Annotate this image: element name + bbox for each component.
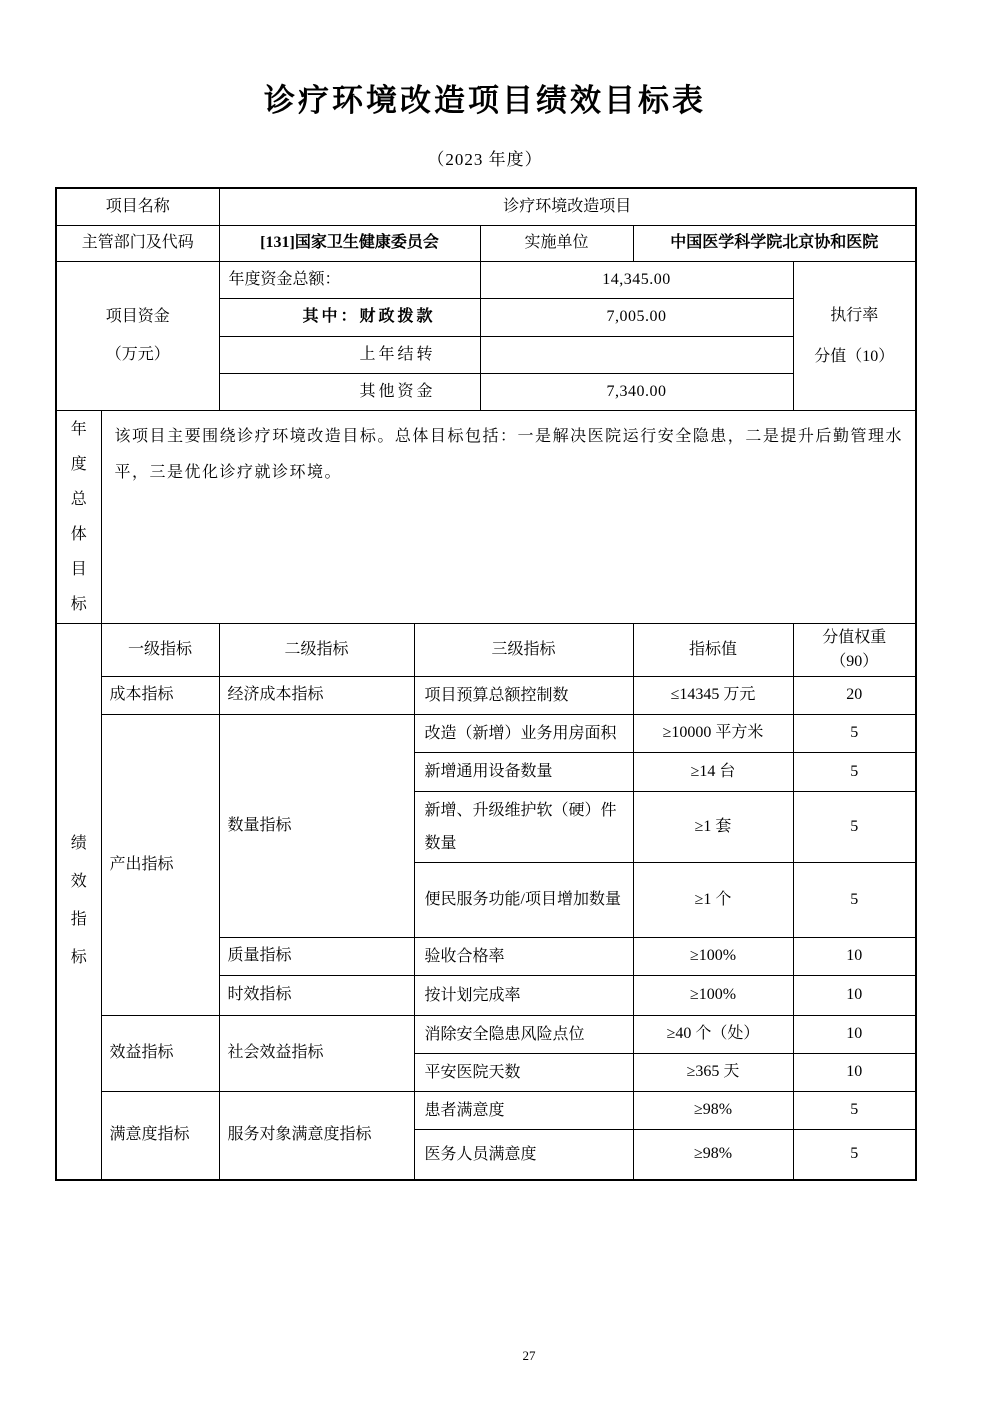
- document-content: 诊疗环境改造项目绩效目标表 （2023 年度） 项目名称 诊疗环境改造项目 主管…: [55, 0, 915, 1181]
- indicator-value-cell: ≥98%: [633, 1091, 793, 1129]
- indicator-level1-cell: 产出指标: [101, 714, 219, 1015]
- project-name-label-cell: 项目名称: [56, 188, 219, 225]
- performance-target-table: 项目名称 诊疗环境改造项目 主管部门及代码 [131]国家卫生健康委员会 实施单…: [55, 187, 917, 1181]
- funds-carryover-value-cell: [480, 336, 793, 373]
- indicator-weight-cell: 5: [793, 791, 916, 862]
- table-row: 主管部门及代码 [131]国家卫生健康委员会 实施单位 中国医学科学院北京协和医…: [56, 225, 916, 261]
- indicator-value-cell: ≥100%: [633, 975, 793, 1015]
- indicator-level3-cell: 项目预算总额控制数: [414, 676, 633, 714]
- funds-other-label-cell: 其他资金: [219, 373, 480, 410]
- table-row: 项目名称 诊疗环境改造项目: [56, 188, 916, 225]
- indicator-value-cell: ≥98%: [633, 1129, 793, 1180]
- performance-indicators-label-char: 标: [57, 939, 101, 977]
- indicator-weight-cell: 5: [793, 1129, 916, 1180]
- table-row: 年 度 总 体 目 标 该项目主要围绕诊疗环境改造目标。总体目标包括：一是解决医…: [56, 410, 916, 623]
- annual-goal-label-char: 度: [57, 447, 101, 482]
- header-level2-cell: 二级指标: [219, 623, 414, 676]
- header-weight-line1: 分值权重: [798, 626, 912, 650]
- annual-goal-label-char: 目: [57, 552, 101, 587]
- indicator-weight-cell: 5: [793, 752, 916, 791]
- project-name-value-cell: 诊疗环境改造项目: [219, 188, 916, 225]
- annual-goal-label-char: 总: [57, 482, 101, 517]
- indicator-level3-cell: 验收合格率: [414, 937, 633, 975]
- annual-goal-label-cell: 年 度 总 体 目 标: [56, 410, 101, 623]
- page-title: 诊疗环境改造项目绩效目标表: [55, 0, 915, 118]
- table-row: 产出指标 数量指标 改造（新增）业务用房面积 ≥10000 平方米 5: [56, 714, 916, 752]
- funds-section-label-line1: 项目资金: [61, 298, 215, 336]
- header-weight-cell: 分值权重 （90）: [793, 623, 916, 676]
- indicator-level2-cell: 质量指标: [219, 937, 414, 975]
- department-label-cell: 主管部门及代码: [56, 225, 219, 261]
- funds-total-label-cell: 年度资金总额：: [219, 261, 480, 298]
- table-row: 满意度指标 服务对象满意度指标 患者满意度 ≥98% 5: [56, 1091, 916, 1129]
- funds-total-value-cell: 14,345.00: [480, 261, 793, 298]
- indicator-value-cell: ≥40 个（处）: [633, 1015, 793, 1053]
- indicator-level3-cell: 医务人员满意度: [414, 1129, 633, 1180]
- performance-indicators-label-char: 效: [57, 863, 101, 901]
- annual-goal-label-char: 标: [57, 587, 101, 622]
- funds-fiscal-label-cell: 其中：财政拨款: [219, 298, 480, 336]
- funds-fiscal-value-cell: 7,005.00: [480, 298, 793, 336]
- page-subtitle: （2023 年度）: [55, 145, 915, 170]
- indicator-value-cell: ≥100%: [633, 937, 793, 975]
- funds-other-value-cell: 7,340.00: [480, 373, 793, 410]
- header-weight-line2: （90）: [798, 650, 912, 674]
- header-level1-cell: 一级指标: [101, 623, 219, 676]
- indicator-level3-cell: 新增通用设备数量: [414, 752, 633, 791]
- annual-goal-content-cell: 该项目主要围绕诊疗环境改造目标。总体目标包括：一是解决医院运行安全隐患，二是提升…: [101, 410, 916, 623]
- execution-rate-line2: 分值（10）: [798, 336, 912, 377]
- indicator-level1-cell: 成本指标: [101, 676, 219, 714]
- header-level3-cell: 三级指标: [414, 623, 633, 676]
- indicator-value-cell: ≥1 个: [633, 862, 793, 937]
- indicator-level3-cell: 新增、升级维护软（硬）件数量: [414, 791, 633, 862]
- indicator-level2-cell: 经济成本指标: [219, 676, 414, 714]
- indicator-value-cell: ≥14 台: [633, 752, 793, 791]
- indicator-weight-cell: 5: [793, 1091, 916, 1129]
- execution-rate-line1: 执行率: [798, 295, 912, 336]
- table-row: 效益指标 社会效益指标 消除安全隐患风险点位 ≥40 个（处） 10: [56, 1015, 916, 1053]
- execution-rate-cell: 执行率 分值（10）: [793, 261, 916, 410]
- indicator-weight-cell: 5: [793, 714, 916, 752]
- indicator-value-cell: ≤14345 万元: [633, 676, 793, 714]
- indicator-weight-cell: 20: [793, 676, 916, 714]
- funds-section-label-cell: 项目资金 （万元）: [56, 261, 219, 410]
- table-row: 绩 效 指 标 一级指标 二级指标 三级指标 指标值 分值权重 （90）: [56, 623, 916, 676]
- document-page: 诊疗环境改造项目绩效目标表 （2023 年度） 项目名称 诊疗环境改造项目 主管…: [0, 0, 992, 1403]
- performance-indicators-label-char: 指: [57, 901, 101, 939]
- indicator-level3-cell: 消除安全隐患风险点位: [414, 1015, 633, 1053]
- performance-indicators-label-char: 绩: [57, 825, 101, 863]
- performance-indicators-label-cell: 绩 效 指 标: [56, 623, 101, 1180]
- annual-goal-label-char: 体: [57, 517, 101, 552]
- indicator-level2-cell: 时效指标: [219, 975, 414, 1015]
- indicator-weight-cell: 10: [793, 937, 916, 975]
- indicator-value-cell: ≥10000 平方米: [633, 714, 793, 752]
- annual-goal-label-char: 年: [57, 412, 101, 447]
- indicator-level2-cell: 数量指标: [219, 714, 414, 937]
- department-value-cell: [131]国家卫生健康委员会: [219, 225, 480, 261]
- indicator-level3-cell: 便民服务功能/项目增加数量: [414, 862, 633, 937]
- indicator-level2-cell: 社会效益指标: [219, 1015, 414, 1091]
- indicator-weight-cell: 5: [793, 862, 916, 937]
- page-number: 27: [63, 1348, 992, 1364]
- indicator-value-cell: ≥365 天: [633, 1053, 793, 1091]
- table-row: 项目资金 （万元） 年度资金总额： 14,345.00 执行率 分值（10）: [56, 261, 916, 298]
- header-value-cell: 指标值: [633, 623, 793, 676]
- funds-section-label-line2: （万元）: [61, 336, 215, 374]
- indicator-level2-cell: 服务对象满意度指标: [219, 1091, 414, 1180]
- funds-carryover-label-cell: 上年结转: [219, 336, 480, 373]
- implementing-unit-value-cell: 中国医学科学院北京协和医院: [633, 225, 916, 261]
- indicator-level3-cell: 患者满意度: [414, 1091, 633, 1129]
- indicator-weight-cell: 10: [793, 1053, 916, 1091]
- indicator-weight-cell: 10: [793, 975, 916, 1015]
- indicator-level3-cell: 平安医院天数: [414, 1053, 633, 1091]
- indicator-level3-cell: 按计划完成率: [414, 975, 633, 1015]
- implementing-unit-label-cell: 实施单位: [480, 225, 633, 261]
- indicator-value-cell: ≥1 套: [633, 791, 793, 862]
- indicator-level3-cell: 改造（新增）业务用房面积: [414, 714, 633, 752]
- indicator-level1-cell: 满意度指标: [101, 1091, 219, 1180]
- indicator-weight-cell: 10: [793, 1015, 916, 1053]
- table-row: 成本指标 经济成本指标 项目预算总额控制数 ≤14345 万元 20: [56, 676, 916, 714]
- indicator-level1-cell: 效益指标: [101, 1015, 219, 1091]
